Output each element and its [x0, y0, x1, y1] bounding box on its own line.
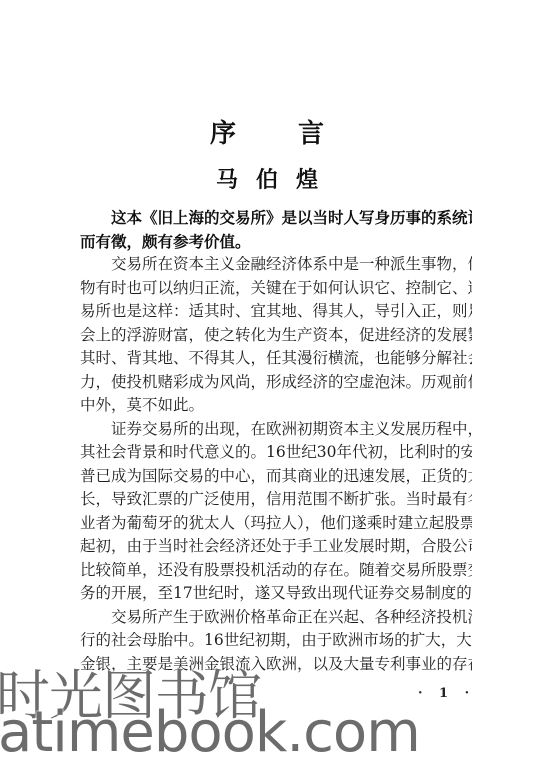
- watermark-url: atimebook.com: [0, 700, 420, 765]
- page-number: · 1 ·: [418, 686, 475, 701]
- text-line: 长，导致汇票的广泛使用，信用范围不断扩张。当时最有名的金融: [80, 488, 472, 512]
- text-line: 会上的浮游财富，使之转化为生产资本，促进经济的发展繁荣；违: [80, 324, 472, 348]
- text-line: 其社会背景和时代意义的。16世纪30年代初，比利时的安特卫: [80, 441, 472, 465]
- text-line: 其时、背其地、不得其人，任其漫衍横流，也能够分解社会的应用财: [80, 347, 472, 371]
- page-title: 序言: [0, 113, 534, 150]
- text-line: 中外，莫不如此。: [80, 394, 472, 418]
- text-line: 务的开展，至17世纪时，遂又导致出现代证券交易制度的兴行。: [80, 582, 472, 606]
- text-line: 业者为葡萄牙的犹太人（玛拉人），他们遂乘时建立起股票交易所。: [80, 512, 472, 536]
- document-page: 序言 马伯煌 这本《旧上海的交易所》是以当时人写身历事的系统记载，相而有徵，颇有…: [0, 0, 534, 768]
- text-line: 交易所在资本主义金融经济体系中是一种派生事物，但派生: [80, 253, 472, 277]
- text-line: 证券交易所的出现，在欧洲初期资本主义发展历程中，是有: [80, 418, 472, 442]
- text-line: 而有徵，颇有参考价值。: [80, 230, 472, 254]
- text-line: 物有时也可以纳归正流，关键在于如何认识它、控制它、运用它。交: [80, 277, 472, 301]
- body-text: 这本《旧上海的交易所》是以当时人写身历事的系统记载，相而有徵，颇有参考价值。交易…: [80, 206, 472, 676]
- author-name: 马伯煌: [0, 163, 534, 194]
- text-line: 比较简单，还没有股票投机活动的存在。随着交易所股票变卖业: [80, 559, 472, 583]
- text-line: 普已成为国际交易的中心，而其商业的迅速发展，正货的大量增: [80, 465, 472, 489]
- text-line: 易所也是这样：适其时、宜其地、得其人，导引入正，则足以汇聚社: [80, 300, 472, 324]
- text-line: 行的社会母胎中。16世纪初期，由于欧洲市场的扩大，大量廉价: [80, 629, 472, 653]
- text-line: 起初，由于当时社会经济还处于手工业发展时期，合股公司组织尚: [80, 535, 472, 559]
- text-line: 交易所产生于欧洲价格革命正在兴起、各种经济投机活动风: [80, 606, 472, 630]
- text-line: 这本《旧上海的交易所》是以当时人写身历事的系统记载，相: [80, 206, 472, 230]
- text-line: 力，使投机赌彩成为风尚，形成经济的空虚泡沫。历观前代，无论: [80, 371, 472, 395]
